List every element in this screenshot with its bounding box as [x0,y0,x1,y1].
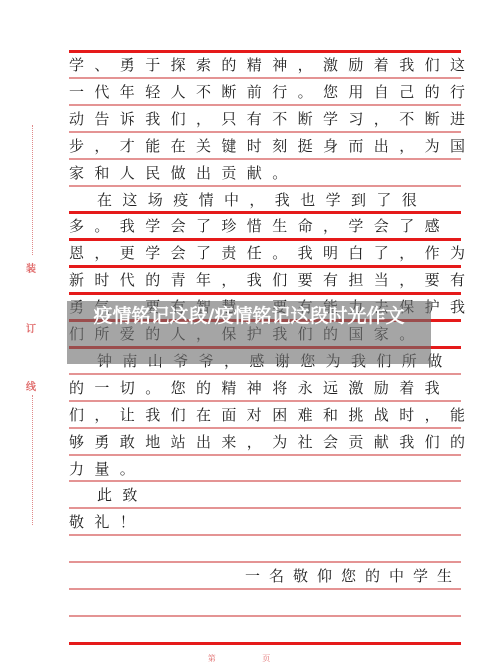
binding-dotted-line-bottom [32,395,33,525]
letter-line [69,617,461,643]
letter-line: 们，让我们在面对困难和挑战时，能 [69,402,461,428]
letter-line: 家和人民做出贡献。 [69,160,461,186]
letter-line: 多。我学会了珍惜生命，学会了感 [69,213,461,239]
letter-line: 敬礼！ [69,509,461,535]
banner-title: 疫情铭记这段/疫情铭记这段时光作文 [67,305,431,327]
title-banner: 疫情铭记这段/疫情铭记这段时光作文 [67,301,431,364]
binding-char-zhuang: 装 [26,260,36,275]
binding-char-ding: 订 [26,320,36,335]
letter-line: 恩，更学会了责任。我明白了，作为 [69,240,461,266]
letter-line: 一代年轻人不断前行。您用自己的行 [69,79,461,105]
letter-line: 一名敬仰您的中学生 [69,563,461,589]
letter-line: 力量。 [69,456,461,482]
letter-line: 学、勇于探索的精神，激励着我们这 [69,52,461,78]
letter-line [69,590,461,616]
letter-line [69,536,461,562]
letter-line: 动告诉我们，只有不断学习，不断进 [69,106,461,132]
letter-line: 在这场疫情中，我也学到了很 [69,187,489,213]
letter-line: 此致 [69,482,489,508]
page-footer: 第 页 [0,653,500,664]
letter-line: 新时代的青年，我们要有担当，要有 [69,267,461,293]
letter-line: 的一切。您的精神将永远激励着我 [69,375,461,401]
letter-line: 步，才能在关键时刻挺身而出，为国 [69,133,461,159]
letter-line: 够勇敢地站出来，为社会贡献我们的 [69,429,461,455]
binding-dotted-line-top [32,125,33,255]
binding-char-xian: 线 [26,378,36,393]
